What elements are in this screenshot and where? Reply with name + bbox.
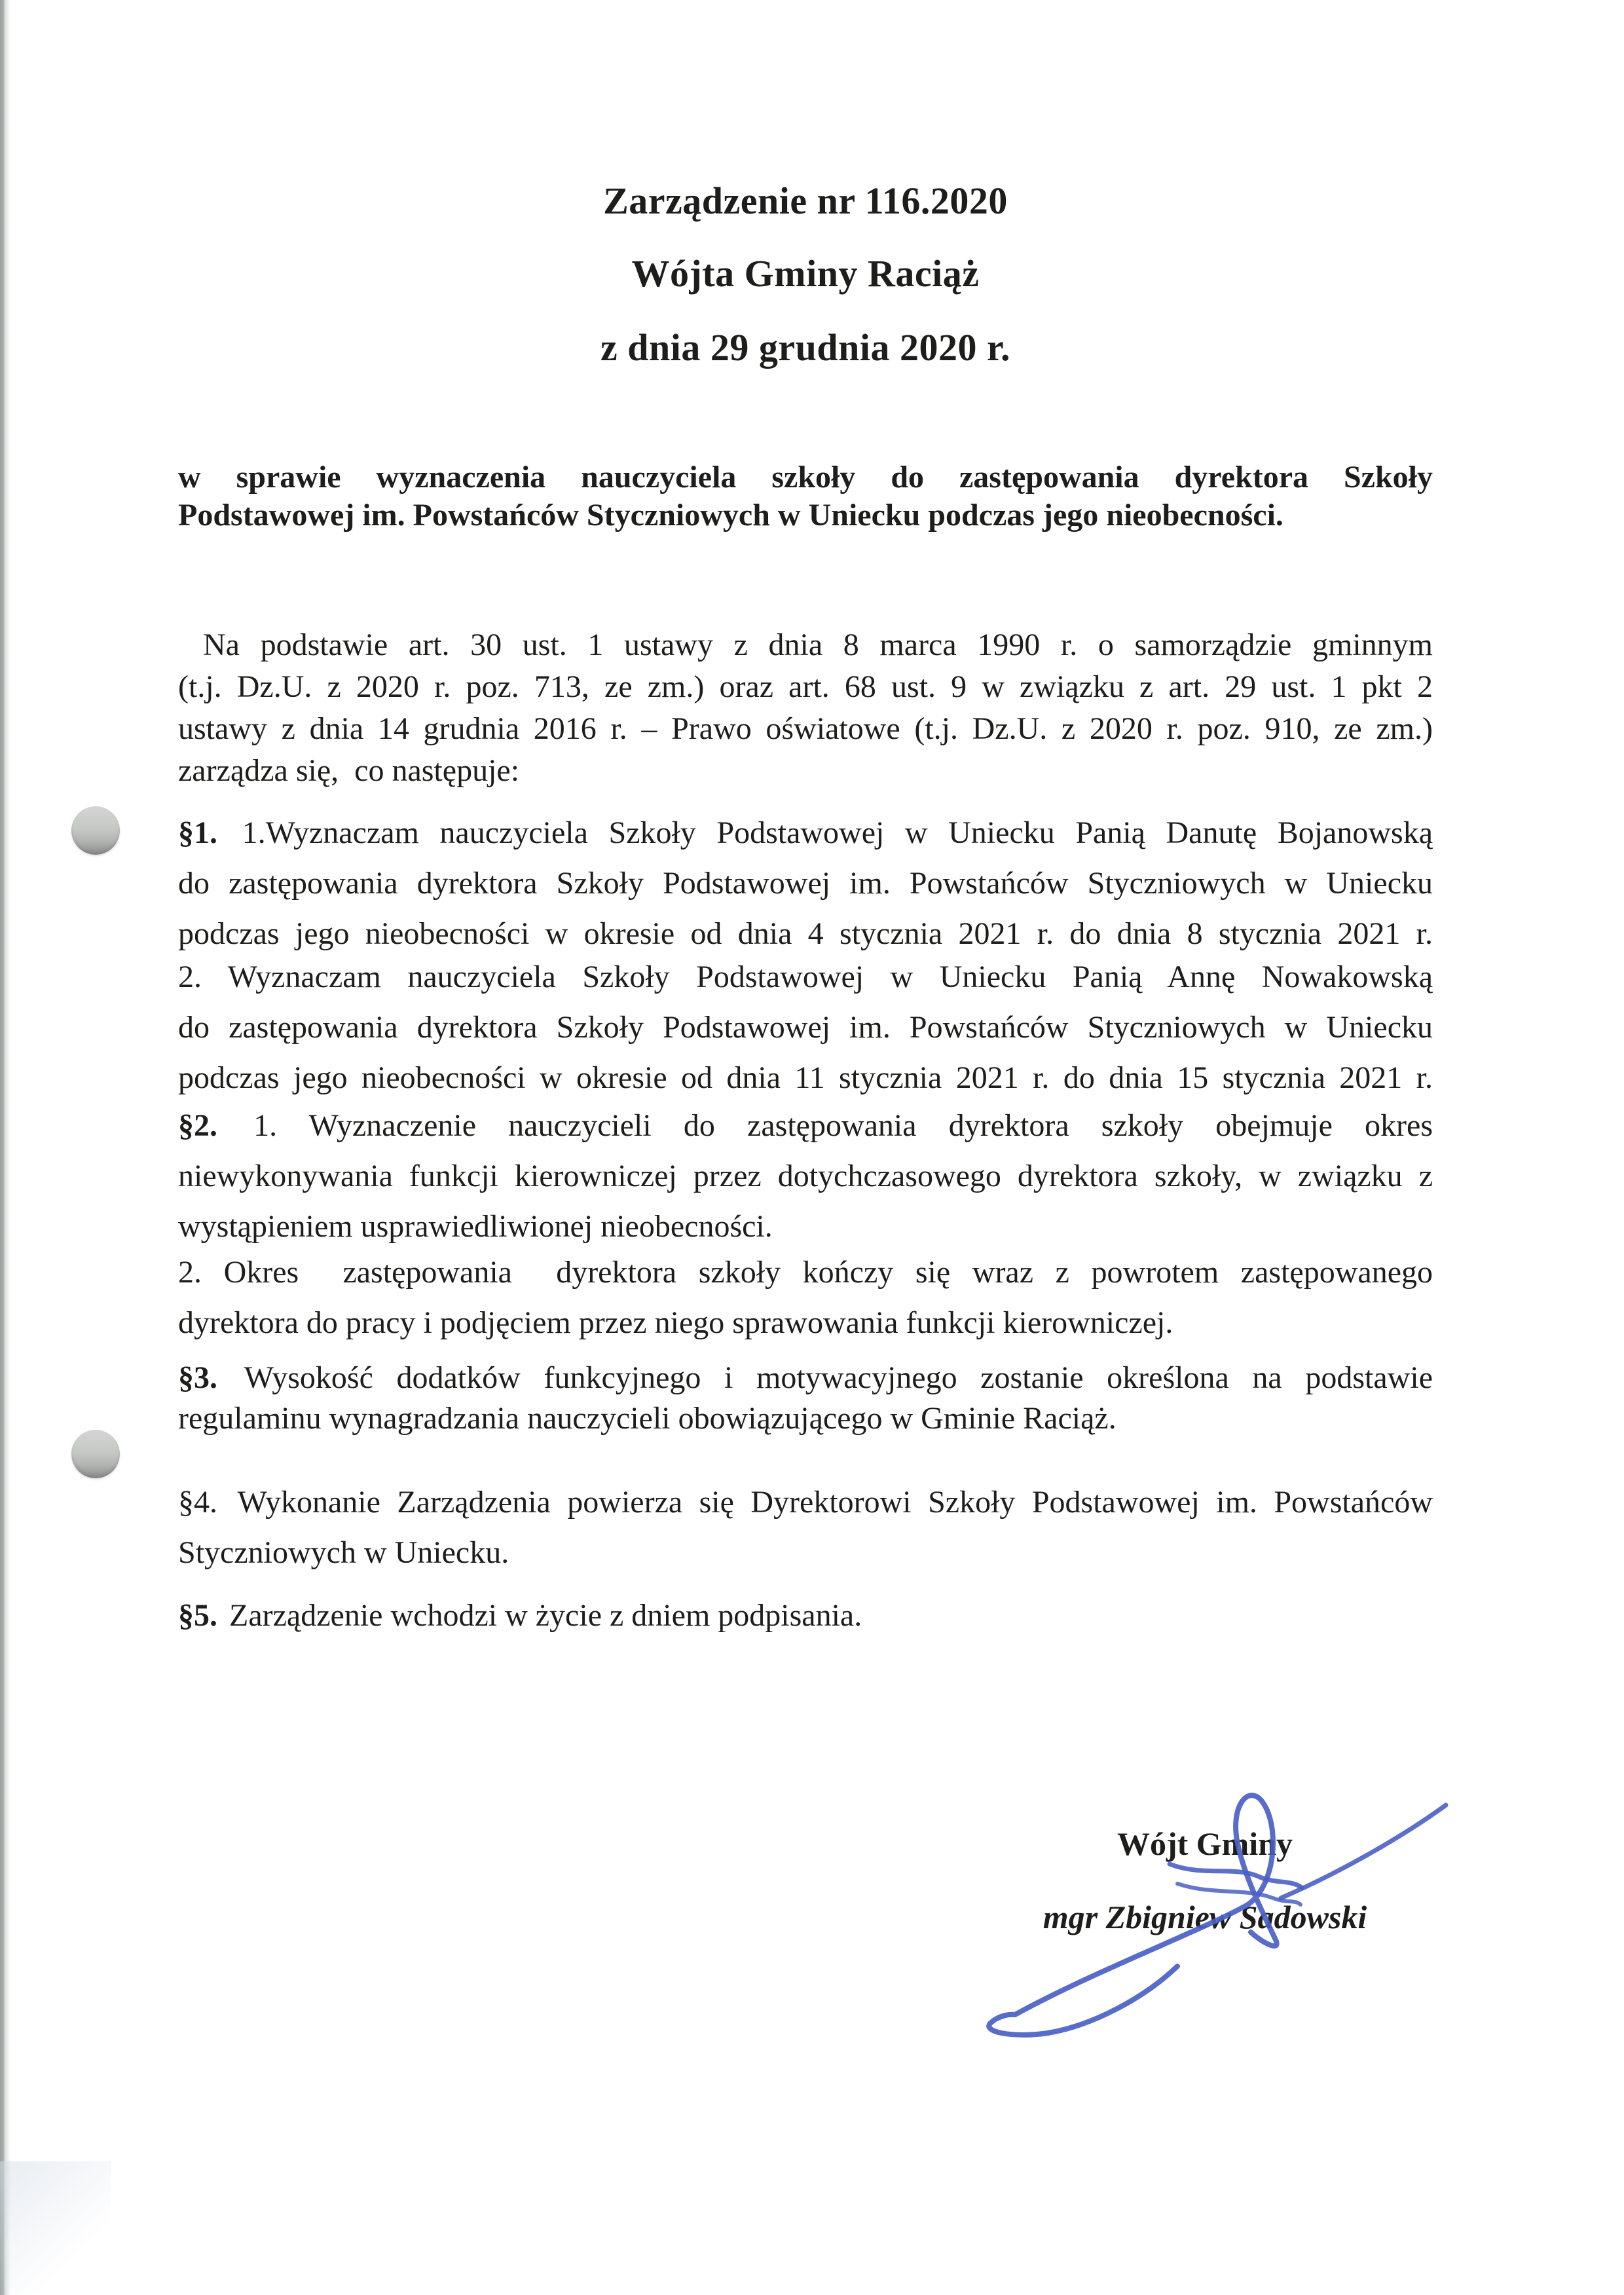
text-span: 1. Wyznaczenie nauczycieli do zastępowan… — [253, 1108, 1433, 1143]
issuer-title: Wójta Gminy Raciąż — [178, 251, 1433, 297]
text-line: ustawy z dnia 14 grudnia 2016 r. – Prawo… — [178, 708, 1433, 750]
legal-basis-paragraph: Na podstawie art. 30 ust. 1 ustawy z dni… — [178, 624, 1433, 792]
section-1-item-1: §1. 1.Wyznaczam nauczyciela Szkoły Podst… — [178, 808, 1433, 959]
text-line: wystąpieniem usprawiedliwionej nieobecno… — [178, 1201, 1433, 1252]
section-marker: §4. — [178, 1485, 217, 1520]
text-line: 2. Wyznaczam nauczyciela Szkoły Podstawo… — [178, 952, 1433, 1002]
section-2-item-2: 2. Okres zastępowania dyrektora szkoły k… — [178, 1247, 1433, 1348]
section-marker: §5. — [178, 1598, 217, 1633]
section-marker: §3. — [178, 1360, 217, 1395]
scan-edge-shadow — [5, 0, 10, 2295]
text-line: dyrektora do pracy i podjęciem przez nie… — [178, 1297, 1433, 1348]
section-2-item-1: §2. 1. Wyznaczenie nauczycieli do zastęp… — [178, 1100, 1433, 1252]
signature-stroke-main — [989, 1795, 1276, 2035]
text-span: Zarządzenie wchodzi w życie z dniem podp… — [229, 1598, 862, 1633]
signature-stroke-scribble-1 — [1170, 1864, 1302, 1888]
hole-punch-top — [71, 806, 120, 855]
document-page: Zarządzenie nr 116.2020 Wójta Gminy Raci… — [0, 0, 1624, 2295]
text-span: Wysokość dodatków funkcyjnego i motywacy… — [244, 1360, 1433, 1395]
text-line: zarządza się, co następuje: — [178, 750, 1433, 792]
text-line: §4. Wykonanie Zarządzenia powierza się D… — [178, 1477, 1433, 1527]
text-line: Styczniowych w Uniecku. — [178, 1527, 1433, 1578]
text-line: 2. Okres zastępowania dyrektora szkoły k… — [178, 1247, 1433, 1297]
handwritten-signature — [917, 1768, 1473, 2043]
section-marker: §2. — [178, 1108, 217, 1143]
text-line: (t.j. Dz.U. z 2020 r. poz. 713, ze zm.) … — [178, 666, 1433, 708]
text-line: do zastępowania dyrektora Szkoły Podstaw… — [178, 858, 1433, 908]
text-span: 1.Wyznaczam nauczyciela Szkoły Podstawow… — [242, 815, 1433, 850]
hole-punch-bottom — [71, 1430, 120, 1478]
text-line: regulaminu wynagradzania nauczycieli obo… — [178, 1398, 1433, 1439]
signature-stroke-upper-flourish — [1281, 1805, 1446, 1898]
section-5: §5. Zarządzenie wchodzi w życie z dniem … — [178, 1590, 1433, 1641]
subject-paragraph: w sprawie wyznaczenia nauczyciela szkoły… — [178, 458, 1433, 534]
scan-corner-tint — [0, 2161, 111, 2295]
text-line: Podstawowej im. Powstańców Styczniowych … — [178, 496, 1433, 534]
scan-edge — [0, 0, 5, 2295]
section-3: §3. Wysokość dodatków funkcyjnego i moty… — [178, 1358, 1433, 1439]
text-line: §3. Wysokość dodatków funkcyjnego i moty… — [178, 1358, 1433, 1398]
section-4: §4. Wykonanie Zarządzenia powierza się D… — [178, 1477, 1433, 1578]
section-marker: §1. — [178, 815, 217, 850]
text-line: w sprawie wyznaczenia nauczyciela szkoły… — [178, 458, 1433, 496]
signature-stroke-scribble-2 — [1177, 1884, 1301, 1905]
date-title: z dnia 29 grudnia 2020 r. — [178, 325, 1433, 371]
text-line: Na podstawie art. 30 ust. 1 ustawy z dni… — [178, 624, 1433, 666]
text-line: do zastępowania dyrektora Szkoły Podstaw… — [178, 1002, 1433, 1053]
section-1-item-2: 2. Wyznaczam nauczyciela Szkoły Podstawo… — [178, 952, 1433, 1103]
text-line: §2. 1. Wyznaczenie nauczycieli do zastęp… — [178, 1100, 1433, 1151]
text-span: Wykonanie Zarządzenia powierza się Dyrek… — [238, 1485, 1433, 1520]
text-line: §5. Zarządzenie wchodzi w życie z dniem … — [178, 1590, 1433, 1641]
text-line: niewykonywania funkcji kierowniczej prze… — [178, 1151, 1433, 1201]
text-line: podczas jego nieobecności w okresie od d… — [178, 1053, 1433, 1103]
text-line: §1. 1.Wyznaczam nauczyciela Szkoły Podst… — [178, 808, 1433, 858]
ordinance-number-title: Zarządzenie nr 116.2020 — [178, 178, 1433, 224]
